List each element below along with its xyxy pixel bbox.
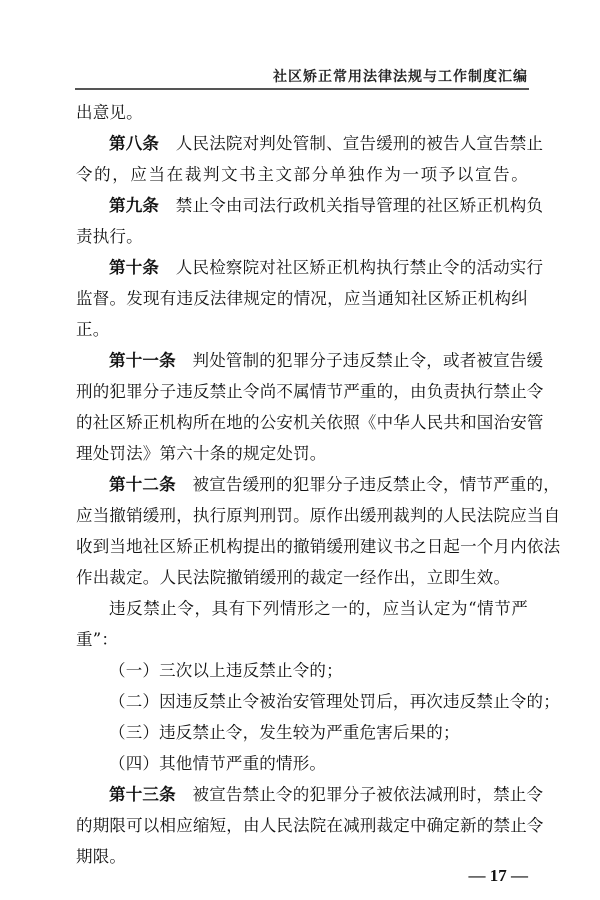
- article-heading: 第十条: [109, 258, 159, 277]
- text-line: 重”：: [76, 624, 528, 655]
- line-text: 人民检察院对社区矫正机构执行禁止令的活动实行: [159, 258, 543, 277]
- line-text: 禁止令由司法行政机关指导管理的社区矫正机构负: [159, 196, 543, 215]
- line-text: 刑的犯罪分子违反禁止令尚不属情节严重的，由负责执行禁止令: [76, 382, 544, 401]
- line-text: 的期限可以相应缩短，由人民法院在减刑裁定中确定新的禁止令: [76, 816, 544, 835]
- text-line: 收到当地社区矫正机构提出的撤销缓刑建议书之日起一个月内依法: [76, 531, 528, 562]
- article-heading: 第十三条: [109, 785, 176, 804]
- header-rule: [75, 88, 529, 90]
- text-line: 出意见。: [76, 97, 528, 128]
- text-line: 应当撤销缓刑，执行原判刑罚。原作出缓刑裁判的人民法院应当自: [76, 500, 528, 531]
- line-text: 正。: [76, 320, 109, 339]
- line-text: 责执行。: [76, 227, 143, 246]
- line-text: 应当撤销缓刑，执行原判刑罚。原作出缓刑裁判的人民法院应当自: [76, 506, 560, 525]
- line-text: 人民法院对判处管制、宣告缓刑的被告人宣告禁止: [159, 134, 543, 153]
- article-11: 第十一条 判处管制的犯罪分子违反禁止令，或者被宣告缓: [76, 345, 528, 376]
- article-heading: 第十一条: [109, 351, 176, 370]
- line-text: 重”：: [76, 630, 118, 649]
- line-text: （三）违反禁止令，发生较为严重危害后果的；: [109, 723, 460, 742]
- text-line: 的社区矫正机构所在地的公安机关依照《中华人民共和国治安管: [76, 407, 528, 438]
- text-line: 理处罚法》第六十条的规定处罚。: [76, 438, 528, 469]
- list-item: （三）违反禁止令，发生较为严重危害后果的；: [76, 717, 528, 748]
- line-text: 违反禁止令，具有下列情形之一的，应当认定为“情节严: [109, 599, 528, 618]
- text-line: 违反禁止令，具有下列情形之一的，应当认定为“情节严: [76, 593, 528, 624]
- line-text: 的社区矫正机构所在地的公安机关依照《中华人民共和国治安管: [76, 413, 544, 432]
- line-text: （二）因违反禁止令被治安管理处罚后，再次违反禁止令的；: [109, 692, 560, 711]
- text-line: 的期限可以相应缩短，由人民法院在减刑裁定中确定新的禁止令: [76, 810, 528, 841]
- article-heading: 第十二条: [109, 475, 176, 494]
- list-item: （四）其他情节严重的情形。: [76, 748, 528, 779]
- article-13: 第十三条 被宣告禁止令的犯罪分子被依法减刑时，禁止令: [76, 779, 528, 810]
- text-line: 令的，应当在裁判文书主文部分单独作为一项予以宣告。: [76, 159, 528, 190]
- line-text: 期限。: [76, 847, 126, 866]
- line-text: 判处管制的犯罪分子违反禁止令，或者被宣告缓: [176, 351, 543, 370]
- line-text: 监督。发现有违反法律规定的情况，应当通知社区矫正机构纠: [76, 289, 528, 308]
- line-text: 收到当地社区矫正机构提出的撤销缓刑建议书之日起一个月内依法: [76, 537, 560, 556]
- running-header: 社区矫正常用法律法规与工作制度汇编: [76, 66, 528, 86]
- text-line: 刑的犯罪分子违反禁止令尚不属情节严重的，由负责执行禁止令: [76, 376, 528, 407]
- text-line: 责执行。: [76, 221, 528, 252]
- list-item: （二）因违反禁止令被治安管理处罚后，再次违反禁止令的；: [76, 686, 528, 717]
- line-text: 被宣告缓刑的犯罪分子违反禁止令，情节严重的，: [176, 475, 560, 494]
- line-text: 作出裁定。人民法院撤销缓刑的裁定一经作出，立即生效。: [76, 568, 510, 587]
- line-text: 出意见。: [76, 103, 143, 122]
- article-9: 第九条 禁止令由司法行政机关指导管理的社区矫正机构负: [76, 190, 528, 221]
- article-heading: 第九条: [109, 196, 159, 215]
- line-text: 令的，应当在裁判文书主文部分单独作为一项予以宣告。: [76, 165, 528, 184]
- line-text: （一）三次以上违反禁止令的；: [109, 661, 343, 680]
- line-text: 理处罚法》第六十条的规定处罚。: [76, 444, 327, 463]
- page-body: 出意见。 第八条 人民法院对判处管制、宣告缓刑的被告人宣告禁止 令的，应当在裁判…: [76, 97, 528, 872]
- text-line: 正。: [76, 314, 528, 345]
- text-line: 作出裁定。人民法院撤销缓刑的裁定一经作出，立即生效。: [76, 562, 528, 593]
- article-heading: 第八条: [109, 134, 159, 153]
- page-number: — 17 —: [420, 866, 528, 886]
- article-8: 第八条 人民法院对判处管制、宣告缓刑的被告人宣告禁止: [76, 128, 528, 159]
- list-item: （一）三次以上违反禁止令的；: [76, 655, 528, 686]
- article-12: 第十二条 被宣告缓刑的犯罪分子违反禁止令，情节严重的，: [76, 469, 528, 500]
- article-10: 第十条 人民检察院对社区矫正机构执行禁止令的活动实行: [76, 252, 528, 283]
- line-text: （四）其他情节严重的情形。: [109, 754, 326, 773]
- text-line: 监督。发现有违反法律规定的情况，应当通知社区矫正机构纠: [76, 283, 528, 314]
- line-text: 被宣告禁止令的犯罪分子被依法减刑时，禁止令: [176, 785, 543, 804]
